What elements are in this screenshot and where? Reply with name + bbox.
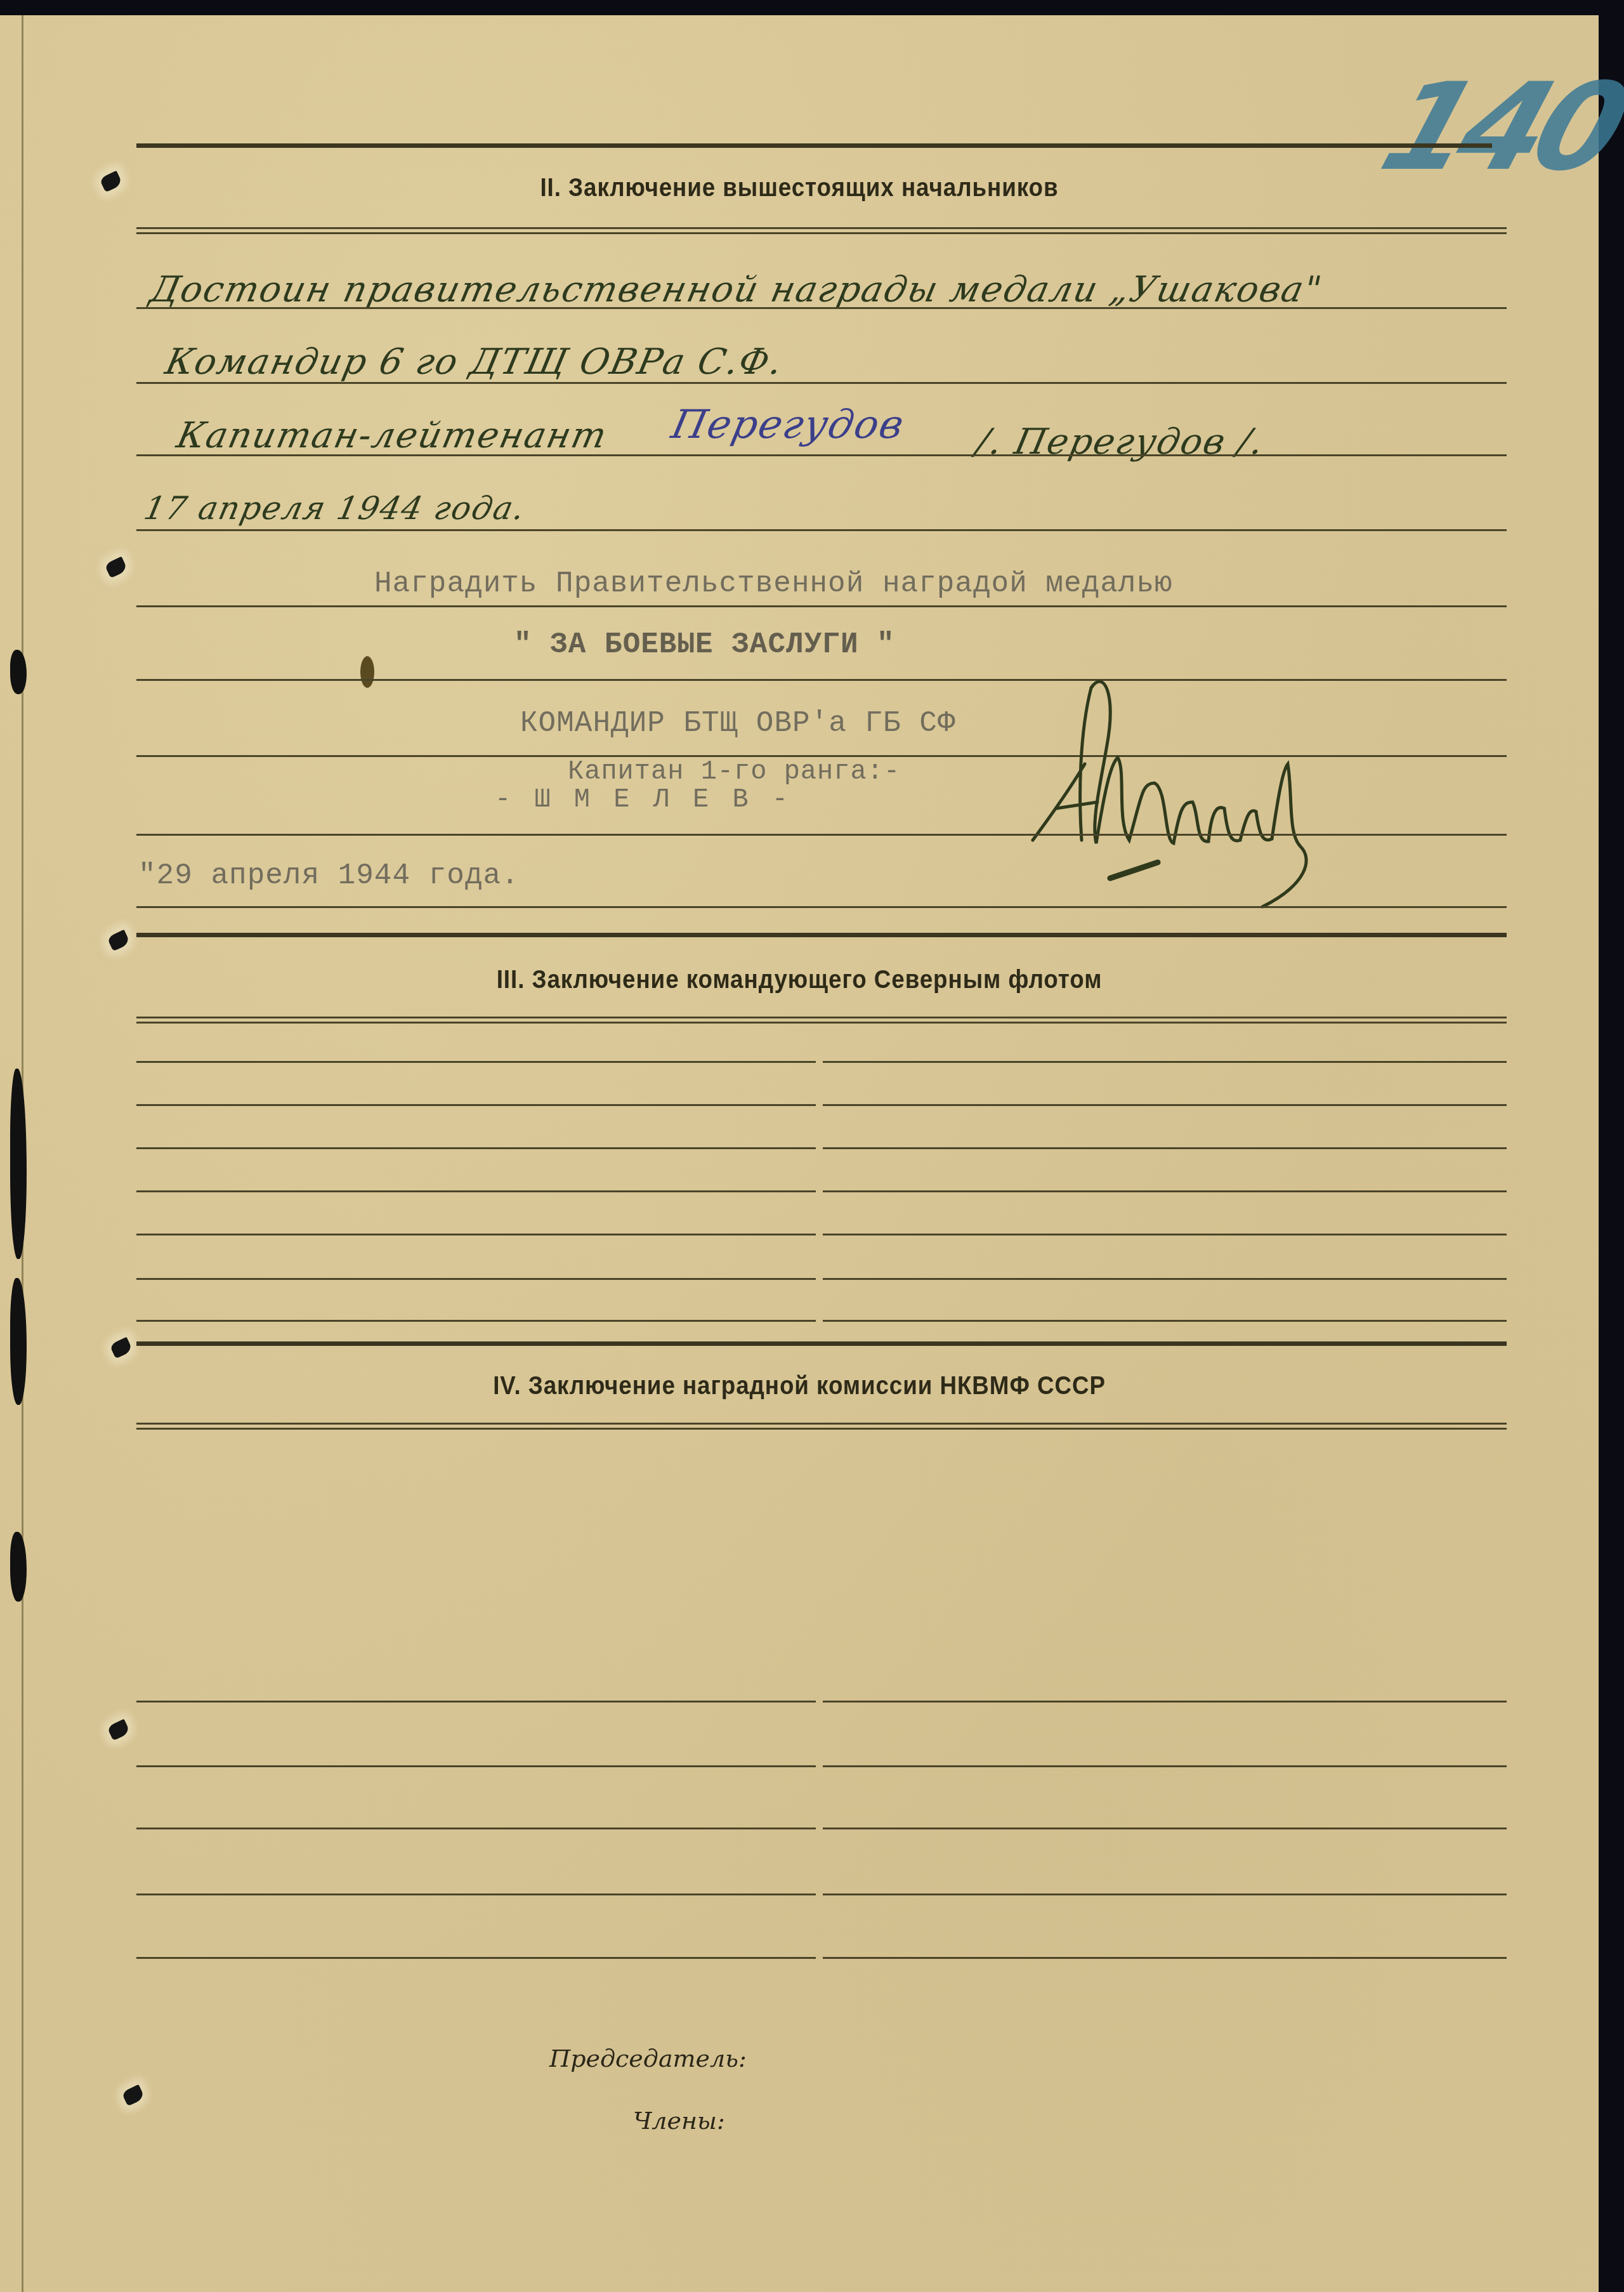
punch-hole — [104, 557, 128, 578]
ruled-line — [136, 834, 1507, 836]
handwritten-line-recommendation: Достоин правительственной награды медали… — [147, 269, 1326, 310]
ruled-line — [136, 1894, 1507, 1895]
section-divider — [136, 1017, 1507, 1018]
torn-edge — [10, 1532, 27, 1602]
ruled-line — [136, 382, 1507, 384]
chairman-label: Председатель: — [549, 2045, 747, 2072]
ruled-line — [136, 605, 1507, 607]
ruled-line — [136, 1957, 1507, 1959]
section-divider — [136, 933, 1507, 937]
handwritten-line-name: /. Перегудов /. — [972, 421, 1268, 463]
section-divider — [136, 143, 1492, 148]
punch-hole — [109, 1337, 133, 1359]
section-2-heading: II. Заключение вышестоящих начальников — [64, 174, 1535, 202]
typed-medal-name: " ЗА БОЕВЫЕ ЗАСЛУГИ " — [514, 628, 895, 661]
ruled-line — [136, 1190, 1507, 1192]
typed-rank: Капитан 1-го ранга:- — [568, 756, 900, 787]
ruled-line — [136, 307, 1507, 309]
ink-stain — [360, 656, 374, 688]
handwritten-line-commander: Командир 6 го ДТЩ ОВРа С.Ф. — [162, 341, 787, 383]
section-divider — [136, 227, 1507, 229]
ruled-line — [136, 454, 1507, 456]
torn-edge — [10, 650, 27, 694]
handwritten-line-date: 17 апреля 1944 года. — [141, 490, 529, 527]
ruled-line — [136, 1104, 1507, 1106]
punch-hole — [107, 930, 130, 951]
ruled-line — [136, 1061, 1507, 1063]
section-3-heading: III. Заключение командующего Северным фл… — [64, 966, 1535, 994]
ruled-line — [136, 1828, 1507, 1829]
ruled-line — [136, 529, 1507, 531]
ruled-line — [136, 1701, 1507, 1703]
torn-edge — [10, 1069, 27, 1259]
section-4-heading: IV. Заключение наградной комиссии НКВМФ … — [64, 1372, 1535, 1400]
typed-approval-date: "29 апреля 1944 года. — [138, 859, 520, 892]
typed-award-decision: Наградить Правительственной наградой мед… — [374, 567, 1173, 600]
punch-hole — [121, 2085, 145, 2106]
award-sheet: 140 II. Заключение вышестоящих начальник… — [0, 15, 1599, 2292]
section-divider — [136, 1341, 1507, 1346]
torn-edge — [10, 1278, 27, 1405]
punch-hole — [107, 1719, 130, 1741]
ruled-line — [136, 1147, 1507, 1149]
typed-surname: - Ш М Е Л Е В - — [495, 784, 792, 815]
signature-peregudov: Перегудов — [667, 401, 909, 447]
typed-commander-title: КОМАНДИР БТЩ ОВР'а ГБ СФ — [520, 707, 956, 740]
ruled-line — [136, 1278, 1507, 1280]
signature-shmelev — [1021, 669, 1377, 910]
handwritten-line-rank: Капитан-лейтенант — [173, 415, 611, 456]
ruled-line — [136, 1320, 1507, 1322]
ruled-line — [136, 906, 1507, 908]
members-label: Члены: — [633, 2107, 725, 2135]
section-divider — [136, 1423, 1507, 1425]
ruled-line — [136, 1234, 1507, 1235]
ruled-line — [136, 1765, 1507, 1767]
